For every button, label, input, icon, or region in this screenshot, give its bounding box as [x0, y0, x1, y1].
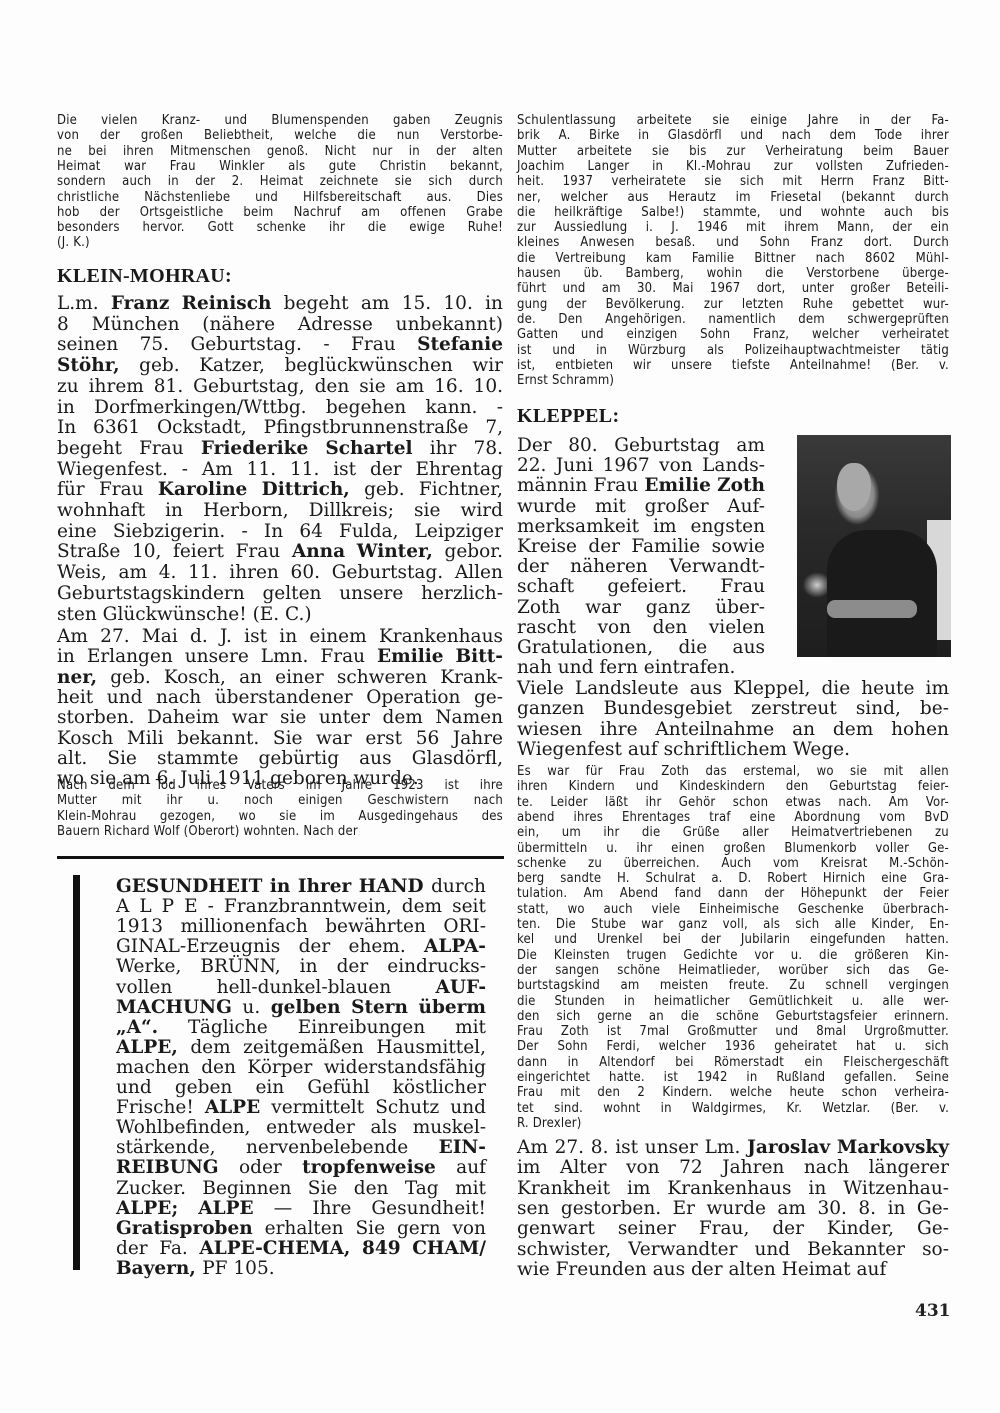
text-line: sondernauchinder2.Heimatzeichnetesiesich… [57, 175, 503, 189]
text-line: R. Drexler) [517, 1117, 949, 1131]
text-line: vondergroßenBeliebtheit,welchedienunVers… [57, 129, 503, 143]
text-line: dersangenschöneHeimatlieder,worübersichd… [517, 964, 949, 978]
text-line: MACHUNGu.gelbenSternüberm [116, 997, 486, 1018]
text-line: Klein-Mohraugezogen,wosieimAusgedingehau… [57, 810, 503, 824]
text-line: merksamkeitimengsten [517, 516, 765, 537]
text-line: Ernst Schramm) [517, 374, 949, 388]
text-line: eingerichtethatte.ist1942inRußlandgefall… [517, 1071, 949, 1085]
text-line: Bauern Richard Wolf (Oberort) wohnten. N… [57, 825, 503, 839]
text-line: stärkende,nervenbelebendeEIN- [116, 1137, 486, 1158]
text-line: Am27.8.istunserLm.JaroslavMarkovsky [517, 1137, 949, 1158]
text-line: ner,welcherausHerautzimFriesetal(bekannt… [517, 191, 949, 205]
text-line: zurAussiedlungi.J.1946mitihremMann,derei… [517, 221, 949, 235]
text-line: seinen75.Geburtstag.-FrauStefanie [57, 334, 503, 355]
text-line: raschtvondenvielen [517, 617, 765, 638]
text-line: dieVertreibungkamFamilieBittnernach8602M… [517, 252, 949, 266]
text-line: undgebeneinGefühlköstlicher [116, 1077, 486, 1098]
text-line: HeimatwarFrauWinkleralsguteChristinbekan… [57, 160, 503, 174]
text-line: DievielenKranz-undBlumenspendengabenZeug… [57, 114, 503, 128]
text-line: wiesenihreAnteilnahmeandemhohen [517, 719, 949, 740]
text-line: kelundUrenkelbeiderJubilarineingefundenh… [517, 933, 949, 947]
text-line: GratisprobenerhaltenSiegernvon [116, 1218, 486, 1239]
text-line: hausenüb.Bamberg,wohindieVerstorbeneüber… [517, 267, 949, 281]
page-number: 431 [915, 1301, 951, 1321]
text-line: Zothwarganzüber- [517, 597, 765, 618]
text-line: L.m.FranzReinischbegehtam15.10.in [57, 293, 503, 314]
photo-figure-body [827, 530, 937, 657]
text-line: DieKleinstentrugenGedichtevoru.diegrößer… [517, 949, 949, 963]
text-line: Weis,am4.11.ihren60.Geburtstag.Allen [57, 562, 503, 583]
text-line: 22.Juni1967vonLands- [517, 455, 765, 476]
text-line: nebeiihrenMitmenschengenoß.Nichtnurinder… [57, 145, 503, 159]
text-line: schenkezuüberreichen.AuchvomKreisratM.-S… [517, 857, 949, 871]
text-line: schaftgefeiert.Frau [517, 576, 765, 597]
text-line: hobderOrtsgeistlichebeimNachrufamoffenen… [57, 206, 503, 220]
text-line: MutterarbeitetesiebiszurVerheiratungbeim… [517, 145, 949, 159]
text-line: tetsind.wohntinWaldgirmes,Kr.Wetzlar.(Be… [517, 1102, 949, 1116]
text-line: dieStundeninheimatlicherGemütlichkeitu.a… [517, 995, 949, 1009]
text-line: Muttermitihru.nocheinigenGeschwisternnac… [57, 794, 503, 808]
portrait-photo-emilie-zoth [797, 435, 951, 657]
text-line: Der80.Geburtstagam [517, 435, 765, 456]
text-line: Straße10,feiertFrauAnnaWinter,gebor. [57, 541, 503, 562]
text-line: sten Glückwünsche! (E. C.) [57, 604, 503, 625]
text-line: zuihrem81.Geburtstag,densieam16.10. [57, 376, 503, 397]
text-line: Am27.Maid.J.istineinemKrankenhaus [57, 626, 503, 647]
text-line: nah und fern eintrafen. [517, 657, 765, 678]
text-line: de.DenAngehörigen.namentlichdemschwergep… [517, 313, 949, 327]
text-line: danninAltendorfbeiRömerstadteinFleischer… [517, 1056, 949, 1070]
text-line: „A“.TäglicheEinreibungenmit [116, 1017, 486, 1038]
text-line: densichgerneandieschöneGeburtstagsfeiere… [517, 1010, 949, 1024]
text-line: Wiegenfest.-Am11.11.istderEhrentag [57, 459, 503, 480]
text-line: wohnhaftinHerborn,Dillkreis;siewird [57, 500, 503, 521]
text-line: JoachimLangerinKl.-MohrauzurvollstenZufr… [517, 160, 949, 174]
text-line: Werke,BRÜNN,indereindrucks- [116, 956, 486, 977]
text-line: gungderBevölkerung.zurletztenRuhegebette… [517, 298, 949, 312]
text-line: GESUNDHEITinIhrerHANDdurch [116, 876, 486, 897]
text-line: genwartseinerFrau,derKinder,Ge- [517, 1218, 949, 1239]
text-line: KoschMilibekannt.Siewarerst56Jahre [57, 728, 503, 749]
text-line: ist,entbietenwirunseretiefsteAnteilnahme… [517, 359, 949, 373]
text-line: GattenundeinzigenSohnFranz,welcherverhei… [517, 328, 949, 342]
text-line: ganzenBundesgebietzerstreutsind,be- [517, 698, 949, 719]
text-line: SchulentlassungarbeitetesieeinigeJahrein… [517, 114, 949, 128]
text-line: sengestorben.Erwurdeam30.8.inGe- [517, 1198, 949, 1219]
text-line: REIBUNGodertropfenweiseauf [116, 1157, 486, 1178]
text-line: Stöhr,geb.Katzer,beglückwünschenwir [57, 355, 503, 376]
text-line: VieleLandsleuteausKleppel,dieheuteim [517, 678, 949, 699]
text-line: (J. K.) [57, 236, 503, 250]
text-line: eineSiebzigerin.-In64Fulda,Leipziger [57, 521, 503, 542]
text-line: Wohlbefinden,entwederalsmuskel- [116, 1117, 486, 1138]
text-line: 8München(nähereAdresseunbekannt) [57, 314, 503, 335]
text-line: derFa.ALPE-CHEMA,849CHAM/ [116, 1238, 486, 1259]
text-line: bergsandteH.Schulrata.D.RobertHirnichein… [517, 872, 949, 886]
text-line: Wiegenfest auf schriftlichem Wege. [517, 739, 949, 760]
text-line: Fraumitden2Kindern.welcheheuteschonverhe… [517, 1086, 949, 1100]
text-line: inErlangenunsereLmn.FrauEmilieBitt- [57, 646, 503, 667]
text-line: alt.SiestammtegebürtigausGlasdörfl, [57, 748, 503, 769]
text-line: dernäherenVerwandt- [517, 556, 765, 577]
text-line: Gratulationen,dieaus [517, 637, 765, 658]
text-line: ten.DieStubewarganzvoll,alssichalleKinde… [517, 918, 949, 932]
text-line: kleinesAnwesenbesaß.undSohnFranzdort.Dur… [517, 236, 949, 250]
photo-figure-face [837, 463, 871, 511]
text-line: istundinWürzburgalsPolizeihauptwachtmeis… [517, 344, 949, 358]
text-line: GINAL-Erzeugnisderehem.ALPA- [116, 936, 486, 957]
text-line: vollenhell-dunkel-blauenAUF- [116, 977, 486, 998]
text-line: KrankheitimKrankenhausinWitzenhau- [517, 1178, 949, 1199]
text-line: Zucker.BeginnenSiedenTagmit [116, 1178, 486, 1199]
text-line: KreisederFamiliesowie [517, 536, 765, 557]
text-line: imAltervon72Jahrennachlängerer [517, 1157, 949, 1178]
text-line: ein,umihrdieGrüßeallerHeimatvertriebenen… [517, 826, 949, 840]
text-line: machendenKörperwiderstandsfähig [116, 1057, 486, 1078]
text-line: statt,woauchvieleEinheimischeGeschenkeüb… [517, 903, 949, 917]
text-line: übermittelnu.ihreinengroßenBlumenkorbvol… [517, 842, 949, 856]
text-line: christlicheNächstenliebeundHilfsbereitsc… [57, 191, 503, 205]
text-line: NachdemTodihresVatersimJahre1923istihre [57, 779, 503, 793]
section-heading-klein-mohrau: KLEIN-MOHRAU: [57, 265, 232, 288]
text-line: FrauZothist7malGroßmutterund8malUrgroßmu… [517, 1025, 949, 1039]
text-line: tulation.AmAbendfanddannderHöhepunktderF… [517, 887, 949, 901]
text-line: ALPE,demzeitgemäßenHausmittel, [116, 1037, 486, 1058]
text-line: führtundam30.Mai1967dort,untergroßerBete… [517, 282, 949, 296]
text-line: fürFrauKarolineDittrich,geb.Fichtner, [57, 479, 503, 500]
text-line: schwister,VerwandterundBekannterso- [517, 1239, 949, 1260]
text-line: In6361Ockstadt,Pfingstbrunnenstraße7, [57, 417, 503, 438]
text-line: Frische!ALPEvermitteltSchutzund [116, 1097, 486, 1118]
text-line: besondershervor.GottschenkeihrdieewigeRu… [57, 221, 503, 235]
text-line: te.LeiderläßtihrGehörschonetwasnach.AmVo… [517, 796, 949, 810]
photo-figure-hands [827, 600, 917, 618]
text-line: brikA.BirkeinGlasdörflundnachdemTodeihre… [517, 129, 949, 143]
text-line: Geburtstagskinderngeltenunsereherzlich- [57, 583, 503, 604]
text-line: Bayern, PF 105. [116, 1258, 486, 1279]
text-line: ALPE;ALPE—IhreGesundheit! [116, 1198, 486, 1219]
text-line: DerSohnFerdi,welcher1936geheiratethatu.s… [517, 1040, 949, 1054]
section-divider [57, 856, 504, 859]
text-line: ner,geb.Kosch,aneinerschwerenKrank- [57, 667, 503, 688]
text-line: männinFrauEmilieZoth [517, 475, 765, 496]
text-line: ihrenKindernundKindeskinderndenGeburtsta… [517, 780, 949, 794]
text-line: inDorfmerkingen/Wttbg.begehenkann.- [57, 397, 503, 418]
text-line: abendihresEhrentagestrafeineAbordnungvom… [517, 811, 949, 825]
text-line: begehtFrauFriederikeSchartelihr78. [57, 438, 503, 459]
text-line: heitundnachüberstandenerOperationge- [57, 687, 503, 708]
text-line: storben.DaheimwarsieunterdemNamen [57, 707, 503, 728]
newspaper-page: DievielenKranz-undBlumenspendengabenZeug… [0, 0, 1000, 1413]
text-line: wie Freunden aus der alten Heimat auf [517, 1259, 949, 1280]
text-line: heit.1937verheiratetesiesichmitHerrnFran… [517, 175, 949, 189]
text-line: ALPE-Franzbranntwein,demseit [116, 896, 486, 917]
text-line: 1913millionenfachbewährtenORI- [116, 916, 486, 937]
advertisement-sidebar-rule [73, 875, 80, 1270]
text-line: wurdemitgroßerAuf- [517, 496, 765, 517]
section-heading-kleppel: KLEPPEL: [517, 405, 619, 428]
text-line: dieheilkräftigeSalbe!)stammte,undwohntea… [517, 206, 949, 220]
text-line: burtstagskindammeistenfreute.Zuschnellve… [517, 979, 949, 993]
text-line: EswarfürFrauZothdaserstemal,wosiemitalle… [517, 765, 949, 779]
